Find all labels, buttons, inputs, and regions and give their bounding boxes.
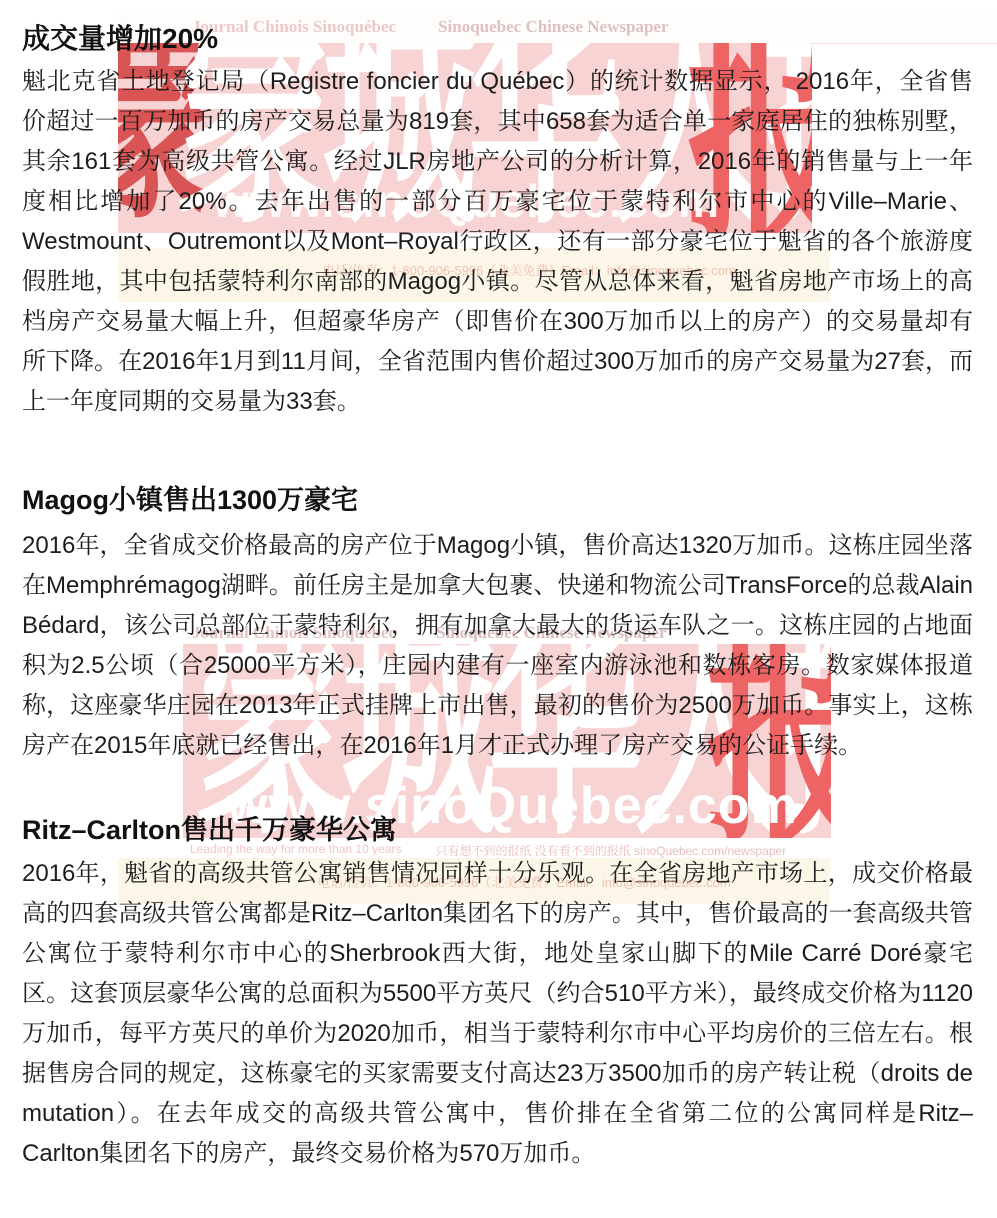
section-paragraph-magog-mansion: 2016年，全省成交价格最高的房产位于Magog小镇，售价高达1320万加币。这…: [22, 526, 973, 766]
section-paragraph-sales-volume: 魁北克省土地登记局（Registre foncier du Québec）的统计…: [22, 62, 973, 422]
section-heading-magog-mansion: Magog小镇售出1300万豪宅: [22, 484, 973, 516]
section-paragraph-ritz-carlton: 2016年，魁省的高级共管公寓销售情况同样十分乐观。在全省房地产市场上，成交价格…: [22, 854, 973, 1174]
section-heading-ritz-carlton: Ritz–Carlton售出千万豪华公寓: [22, 814, 973, 846]
section-heading-sales-volume: 成交量增加20%: [22, 22, 973, 56]
article-body: 成交量增加20% 魁北克省土地登记局（Registre foncier du Q…: [0, 0, 997, 1174]
newspaper-article-page: Journal Chinois Sinoquébec Sinoquebec Ch…: [0, 0, 997, 1218]
